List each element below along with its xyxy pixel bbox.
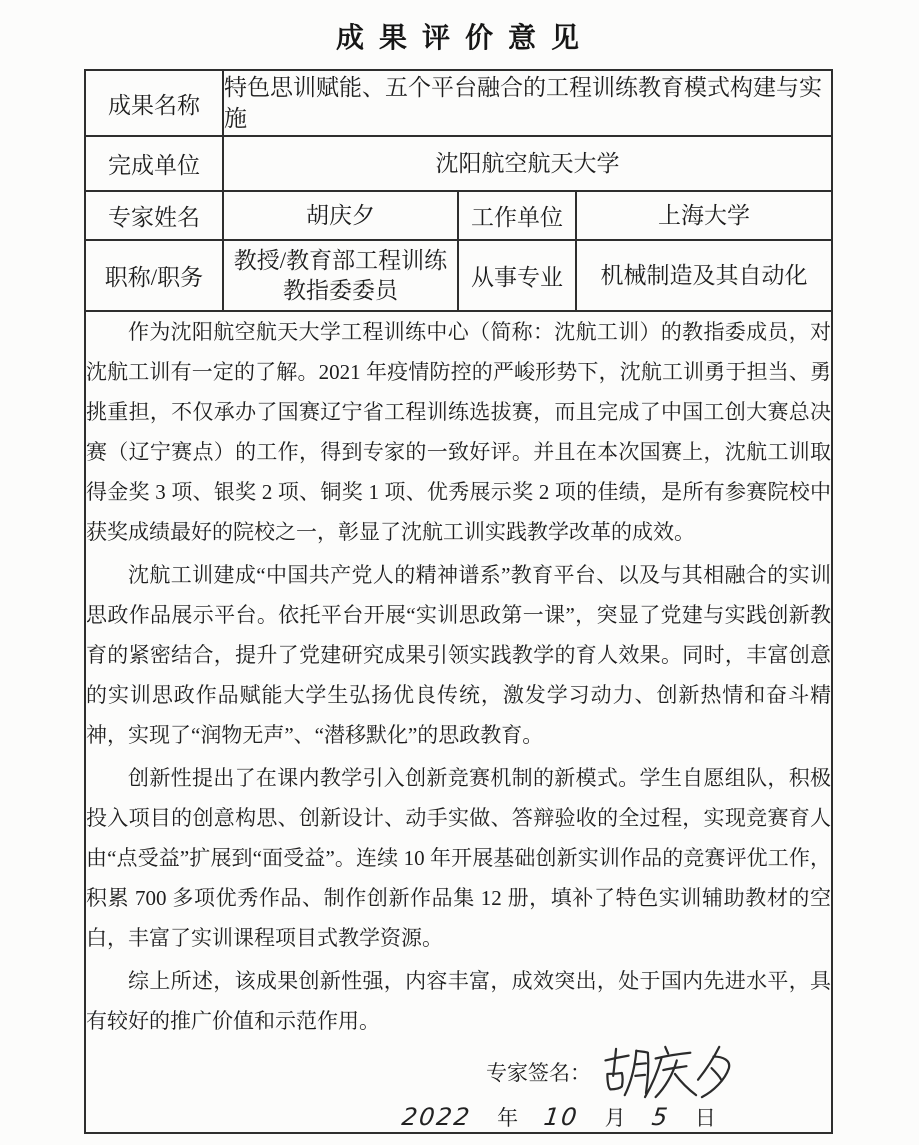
expert-signature-handwriting (597, 1045, 747, 1099)
table-row: 完成单位 沈阳航空航天大学 (85, 136, 832, 191)
expert-name-label: 专家姓名 (85, 191, 223, 240)
page-title: 成 果 评 价 意 见 (0, 0, 919, 56)
table-row: 成果名称 特色思训赋能、五个平台融合的工程训练教育模式构建与实施 (85, 70, 832, 136)
expert-signature-label: 专家签名： (486, 1057, 591, 1087)
year-label: 年 (497, 1102, 518, 1132)
table-row: 职称/职务 教授/教育部工程训练教指委委员 从事专业 机械制造及其自动化 (85, 240, 832, 311)
handwritten-day: 5 (650, 1103, 671, 1131)
day-label: 日 (695, 1102, 716, 1132)
result-name-label: 成果名称 (85, 70, 223, 136)
profession-value: 机械制造及其自动化 (576, 240, 832, 311)
month-label: 月 (605, 1102, 626, 1132)
evaluation-paragraph: 沈航工训建成“中国共产党人的精神谱系”教育平台、以及与其相融合的实训思政作品展示… (86, 555, 831, 755)
expert-name-value: 胡庆夕 (223, 191, 458, 240)
table-row: 专家姓名 胡庆夕 工作单位 上海大学 (85, 191, 832, 240)
evaluation-form-table: 成果名称 特色思训赋能、五个平台融合的工程训练教育模式构建与实施 完成单位 沈阳… (84, 69, 833, 1134)
completing-unit-label: 完成单位 (85, 136, 223, 191)
profession-label: 从事专业 (458, 240, 576, 311)
title-position-value: 教授/教育部工程训练教指委委员 (223, 240, 458, 311)
signature-row: 专家签名： (86, 1044, 831, 1100)
evaluation-paragraph: 作为沈阳航空航天大学工程训练中心（简称：沈航工训）的教指委成员，对沈航工训有一定… (86, 312, 831, 552)
completing-unit-value: 沈阳航空航天大学 (223, 136, 832, 191)
document-page: 成 果 评 价 意 见 成果名称 特色思训赋能、五个平台融合的工程训练教育模式构… (0, 0, 919, 1145)
work-unit-label: 工作单位 (458, 191, 576, 240)
work-unit-value: 上海大学 (576, 191, 832, 240)
handwritten-year: 2022 (400, 1103, 473, 1131)
handwritten-month: 10 (542, 1103, 580, 1131)
evaluation-paragraph: 创新性提出了在课内教学引入创新竞赛机制的新模式。学生自愿组队，积极投入项目的创意… (86, 758, 831, 958)
table-row: 作为沈阳航空航天大学工程训练中心（简称：沈航工训）的教指委成员，对沈航工训有一定… (85, 311, 832, 1133)
result-name-value: 特色思训赋能、五个平台融合的工程训练教育模式构建与实施 (223, 70, 832, 136)
evaluation-paragraph: 综上所述，该成果创新性强，内容丰富，成效突出，处于国内先进水平，具有较好的推广价… (86, 961, 831, 1041)
title-position-label: 职称/职务 (85, 240, 223, 311)
evaluation-body-cell: 作为沈阳航空航天大学工程训练中心（简称：沈航工训）的教指委成员，对沈航工训有一定… (85, 311, 832, 1133)
signature-date-row: 2022 年 10 月 5 日 (402, 1102, 831, 1132)
